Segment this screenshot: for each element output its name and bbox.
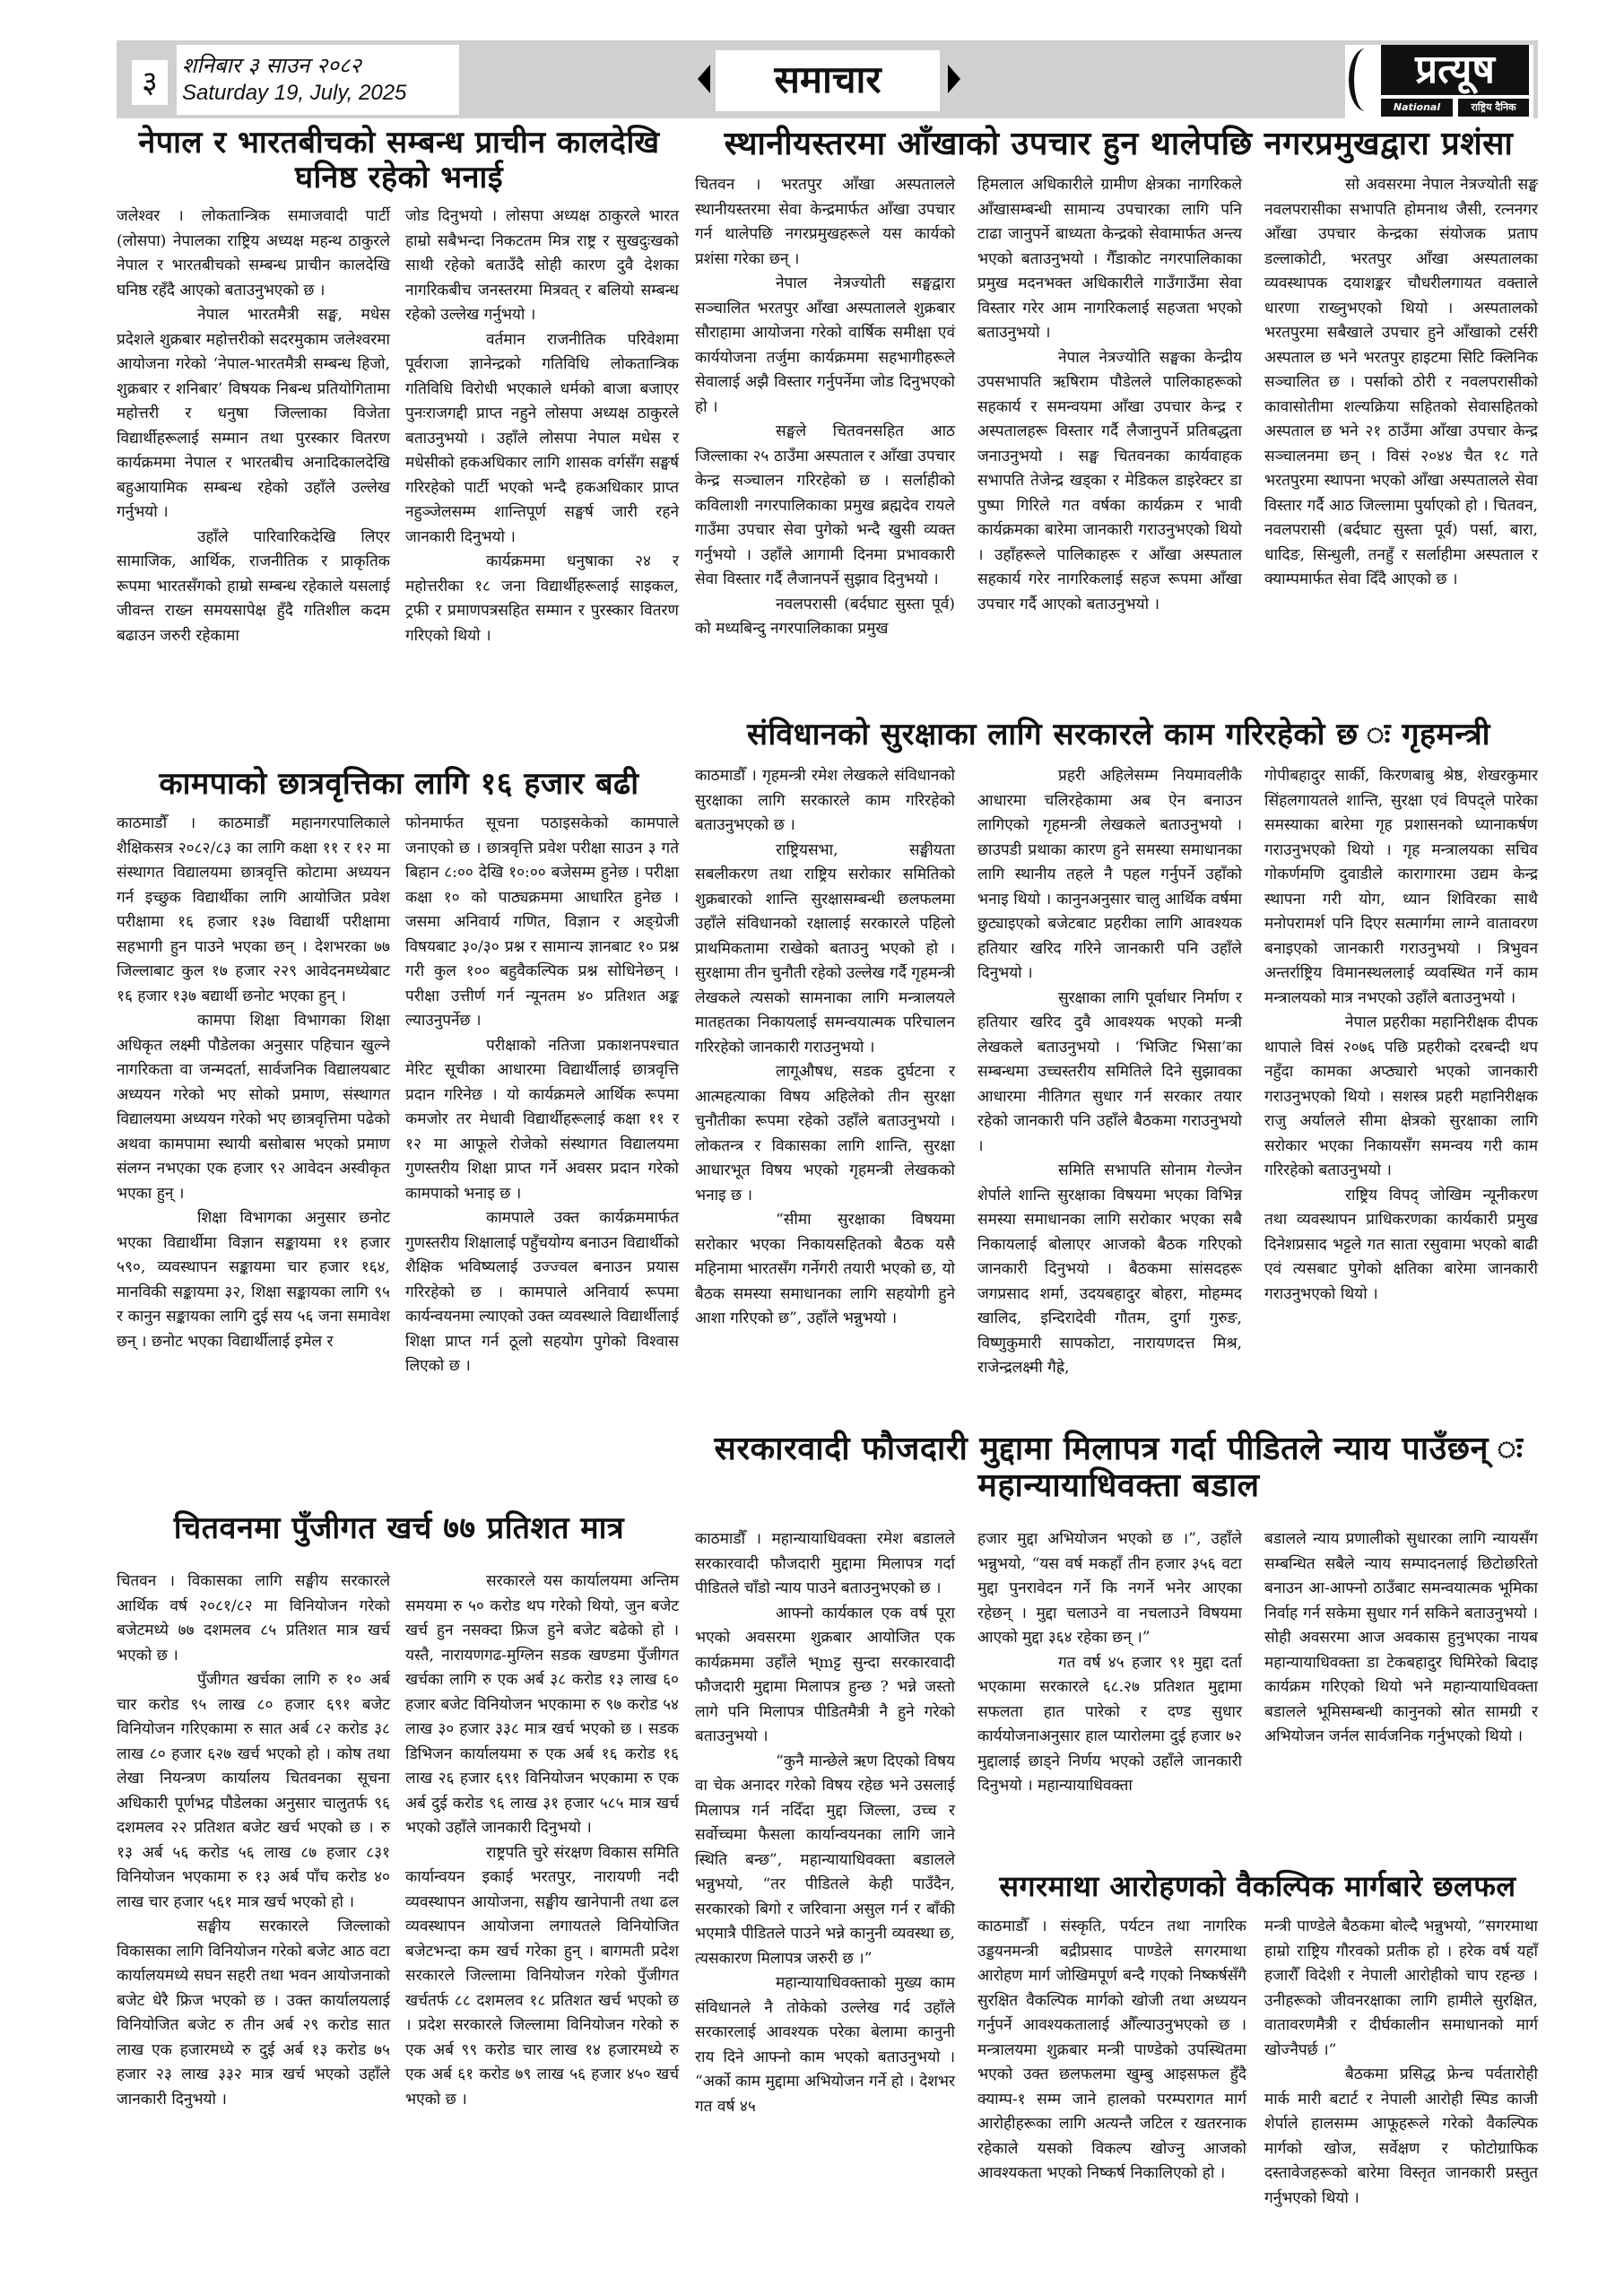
paragraph: बैठकमा प्रसिद्ध फ्रेन्च पर्वतारोही मार्क… [1264, 2063, 1538, 2211]
article-attorney-col-2: हजार मुद्दा अभियोजन भएको छ ।”, उहाँले भन… [977, 1527, 1242, 1799]
paragraph: नेपाल प्रहरीका महानिरीक्षक दीपक थापाले व… [1264, 1011, 1538, 1184]
paragraph: सुरक्षाका लागि पूर्वाधार निर्माण र हतिया… [977, 987, 1242, 1160]
logo-wordmark: प्रत्यूष [1381, 45, 1529, 95]
triangle-left-icon [698, 65, 710, 93]
article-nepal-india-col-1: जलेश्वर । लोकतान्त्रिक समाजवादी पार्टी (… [117, 204, 390, 648]
section-title: समाचार [716, 50, 940, 111]
date-nepali: शनिबार ३ साउन २०८२ [182, 50, 361, 80]
paragraph: चितवन । भरतपुर आँखा अस्पतालले स्थानीयस्त… [695, 173, 955, 272]
paragraph: हिमलाल अधिकारीले ग्रामीण क्षेत्रका नागरि… [977, 173, 1242, 346]
paragraph: महान्यायाधिवक्ताको मुख्य काम संविधानले न… [695, 1971, 955, 2119]
article-chitwan-col-2: सरकारले यस कार्यालयमा अन्तिम समयमा रु ५०… [405, 1570, 679, 2112]
article-home-minister-col-2: प्रहरी अहिलेसम्म नियमावलीकै आधारमा चलिरह… [977, 764, 1242, 1381]
paragraph: आफ्नो कार्यकाल एक वर्ष पूरा भएको अवसरमा … [695, 1602, 955, 1750]
article-kmc-col-1: काठमाडौँ । काठमाडौँ महानगरपालिकाले शैक्ष… [117, 812, 390, 1354]
paragraph: नेपाल भारतमैत्री सङ्घ, मधेस प्रदेशले शुक… [117, 303, 390, 526]
paragraph: मन्त्री पाण्डेले बैठकमा बोल्दै भन्नुभयो,… [1264, 1915, 1538, 2063]
paragraph: राष्ट्रियसभा, सङ्घीयता सबलीकरण तथा राष्ट… [695, 839, 955, 1061]
paragraph: सरकारले यस कार्यालयमा अन्तिम समयमा रु ५०… [405, 1570, 679, 1841]
paragraph: बडालले न्याय प्रणालीको सुधारका लागि न्या… [1264, 1527, 1538, 1750]
date-box: शनिबार ३ साउन २०८२ Saturday 19, July, 20… [177, 45, 459, 115]
paragraph: कामपाले उक्त कार्यक्रममार्फत गुणस्तरीय श… [405, 1206, 679, 1379]
triangle-right-icon [948, 65, 960, 93]
paragraph: गत वर्ष ४५ हजार ९१ मुद्दा दर्ता भएकामा स… [977, 1651, 1242, 1799]
article-eye-care-col-3: सो अवसरमा नेपाल नेत्रज्योती सङ्घ नवलपरास… [1264, 173, 1538, 593]
paragraph: राष्ट्रपति चुरे संरक्षण विकास समिति कार्… [405, 1841, 679, 2113]
article-home-minister-col-3: गोपीबहादुर सार्की, किरणबाबु श्रेष्ठ, शेख… [1264, 764, 1538, 1307]
paragraph: गोपीबहादुर सार्की, किरणबाबु श्रेष्ठ, शेख… [1264, 764, 1538, 1011]
paragraph: काठमाडौँ । महान्यायाधिवक्ता रमेश बडालले … [695, 1527, 955, 1602]
paragraph: लागूऔषध, सडक दुर्घटना र आत्महत्याका विषय… [695, 1060, 955, 1208]
paragraph: जोड दिनुभयो । लोसपा अध्यक्ष ठाकुरले भारत… [405, 204, 679, 328]
article-eye-care-col-1: चितवन । भरतपुर आँखा अस्पतालले स्थानीयस्त… [695, 173, 955, 642]
paragraph: उहाँले पारिवारिकदेखि लिएर सामाजिक, आर्थि… [117, 526, 390, 649]
paragraph: कार्यक्रममा धनुषाका २४ र महोत्तरीका १८ ज… [405, 550, 679, 648]
paragraph: नेपाल नेत्रज्योति सङ्घका केन्द्रीय उपसभा… [977, 346, 1242, 618]
article-chitwan-col-1: चितवन । विकासका लागि सङ्घीय सरकारले आर्थ… [117, 1570, 390, 2112]
logo-tagline-np: राष्ट्रिय दैनिक [1458, 99, 1529, 117]
paragraph: सङ्घीय सरकारले जिल्लाको विकासका लागि विन… [117, 1915, 390, 2112]
paragraph: सङ्घले चितवनसहित आठ जिल्लाका २५ ठाउँमा अ… [695, 420, 955, 593]
article-home-minister-col-1: काठमाडौँ । गृहमन्त्री रमेश लेखकले संविधा… [695, 764, 955, 1332]
paragraph: समिति सभापति सोनाम गेल्जेन शेर्पाले शान्… [977, 1159, 1242, 1381]
paragraph: प्रहरी अहिलेसम्म नियमावलीकै आधारमा चलिरह… [977, 764, 1242, 987]
article-kmc-col-2: फोनमार्फत सूचना पठाइसकेको कामपाले जनाएको… [405, 812, 679, 1379]
paragraph: शिक्षा विभागका अनुसार छनोट भएका विद्यार्… [117, 1206, 390, 1354]
paragraph: जलेश्वर । लोकतान्त्रिक समाजवादी पार्टी (… [117, 204, 390, 303]
paragraph: सो अवसरमा नेपाल नेत्रज्योती सङ्घ नवलपरास… [1264, 173, 1538, 593]
paragraph: राष्ट्रिय विपद् जोखिम न्यूनीकरण तथा व्यव… [1264, 1184, 1538, 1308]
paragraph: “सीमा सुरक्षाका विषयमा सरोकार भएका निकाय… [695, 1208, 955, 1332]
article-nepal-india-col-2: जोड दिनुभयो । लोसपा अध्यक्ष ठाकुरले भारत… [405, 204, 679, 648]
paragraph: काठमाडौँ । गृहमन्त्री रमेश लेखकले संविधा… [695, 764, 955, 839]
paragraph: काठमाडौँ । काठमाडौँ महानगरपालिकाले शैक्ष… [117, 812, 390, 1009]
headline-home-minister: संविधानको सुरक्षाका लागि सरकारले काम गरि… [695, 717, 1542, 752]
paragraph: पुँजीगत खर्चका लागि रु १० अर्ब चार करोड … [117, 1668, 390, 1915]
headline-chitwan-capital: चितवनमा पुँजीगत खर्च ७७ प्रतिशत मात्र [117, 1511, 682, 1546]
paragraph: वर्तमान राजनीतिक परिवेशमा पूर्वराजा ज्ञा… [405, 328, 679, 551]
date-english: Saturday 19, July, 2025 [182, 81, 406, 106]
paragraph: काठमाडौँ । संस्कृति, पर्यटन तथा नागरिक उ… [977, 1915, 1246, 2187]
article-attorney-col-1: काठमाडौँ । महान्यायाधिवक्ता रमेश बडालले … [695, 1527, 955, 2119]
paragraph: नेपाल नेत्रज्योती सङ्घद्वारा सञ्चालित भर… [695, 272, 955, 420]
paragraph: फोनमार्फत सूचना पठाइसकेको कामपाले जनाएको… [405, 812, 679, 1034]
headline-nepal-india: नेपाल र भारतबीचको सम्बन्ध प्राचीन कालदेख… [117, 126, 682, 196]
paragraph: “कुनै मान्छेले ऋण दिएको विषय वा चेक अनाद… [695, 1750, 955, 1972]
article-attorney-col-3: बडालले न्याय प्रणालीको सुधारका लागि न्या… [1264, 1527, 1538, 1750]
headline-kmc-scholarship: कामपाको छात्रवृत्तिका लागि १६ हजार बढी [117, 767, 682, 802]
logo-tagline-en: National Daily [1381, 99, 1453, 117]
article-eye-care-col-2: हिमलाल अधिकारीले ग्रामीण क्षेत्रका नागरि… [977, 173, 1242, 617]
page-number: ३ [132, 60, 168, 105]
paragraph: हजार मुद्दा अभियोजन भएको छ ।”, उहाँले भन… [977, 1527, 1242, 1651]
headline-everest-route: सगरमाथा आरोहणको वैकल्पिक मार्गबारे छलफल [977, 1870, 1538, 1903]
headline-eye-care: स्थानीयस्तरमा आँखाको उपचार हुन थालेपछि न… [695, 126, 1542, 162]
paragraph: कामपा शिक्षा विभागका शिक्षा अधिकृत लक्ष्… [117, 1009, 390, 1206]
headline-attorney-general: सरकारवादी फौजदारी मुद्दामा मिलापत्र गर्द… [695, 1431, 1542, 1505]
paragraph: नवलपरासी (बर्दघाट सुस्ता पूर्व) को मध्यब… [695, 593, 955, 642]
paragraph: चितवन । विकासका लागि सङ्घीय सरकारले आर्थ… [117, 1570, 390, 1668]
paragraph: परीक्षाको नतिजा प्रकाशनपश्चात मेरिट सूची… [405, 1034, 679, 1207]
newspaper-logo: प्रत्यूष National Daily राष्ट्रिय दैनिक [1345, 45, 1533, 118]
article-everest-col-1: काठमाडौँ । संस्कृति, पर्यटन तथा नागरिक उ… [977, 1915, 1246, 2187]
feather-pen-icon [1349, 48, 1383, 111]
article-everest-col-2: मन्त्री पाण्डेले बैठकमा बोल्दै भन्नुभयो,… [1264, 1915, 1538, 2211]
